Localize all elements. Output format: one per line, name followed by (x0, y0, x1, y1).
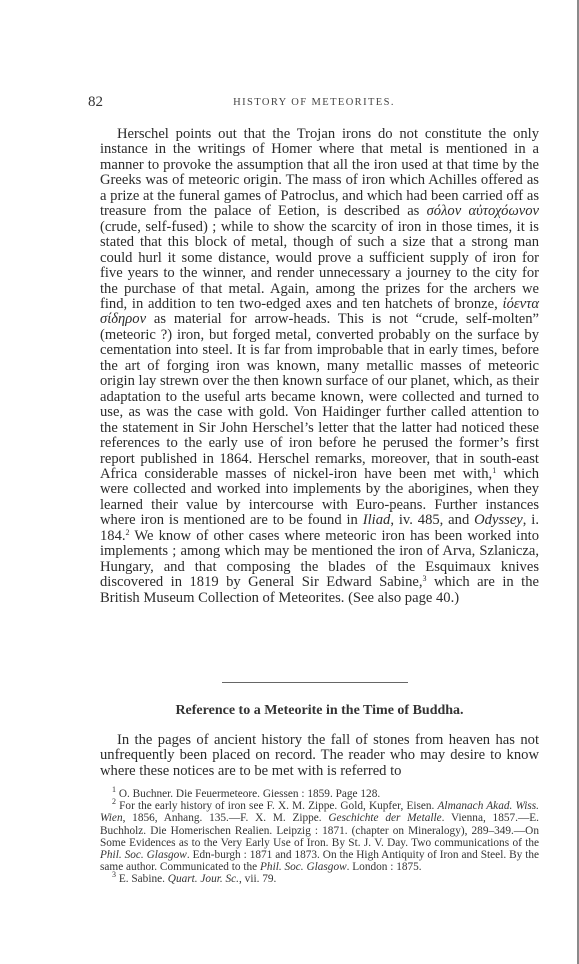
work-title-iliad: Iliad (363, 512, 391, 528)
running-head: 82 HISTORY OF METEORITES. (88, 94, 540, 112)
footnote-2: 2 For the early history of iron see F. X… (100, 800, 539, 873)
body-paragraph-ancient-history: In the pages of ancient history the fall… (100, 733, 539, 779)
footnote-text: , vii. 79. (239, 873, 276, 885)
text-run: , iv. 485, and (390, 512, 474, 528)
running-head-title: HISTORY OF METEORITES. (88, 97, 540, 108)
citation-title: Quart. Jour. Sc. (168, 873, 239, 885)
paragraph-text: Herschel points out that the Trojan iron… (100, 127, 539, 606)
footnote-marker: 2 (112, 797, 116, 806)
citation-title: Phil. Soc. Glasgow (100, 849, 187, 861)
footnote-3: 3 E. Sabine. Quart. Jour. Sc., vii. 79. (100, 873, 539, 885)
footnote-text: O. Buchner. Die Feuermeteore. Giessen : … (119, 788, 380, 800)
citation-title: Phil. Soc. Glasgow (260, 861, 347, 873)
work-title-odyssey: Odyssey (474, 512, 523, 528)
section-divider-rule (222, 682, 408, 683)
footnote-marker: 3 (112, 870, 116, 879)
footnotes: 1 O. Buchner. Die Feuermeteore. Giessen … (100, 788, 539, 886)
footnote-1: 1 O. Buchner. Die Feuermeteore. Giessen … (100, 788, 539, 800)
paragraph-text: In the pages of ancient history the fall… (100, 733, 539, 779)
section-heading: Reference to a Meteorite in the Time of … (100, 703, 539, 719)
footnote-text: For the early history of iron see F. X. … (119, 800, 437, 812)
greek-phrase: σόλον αὐτοχόωνον (427, 203, 539, 219)
text-run: (crude, self-fused) ; while to show the … (100, 219, 539, 312)
footnote-text: . London : 1875. (347, 861, 422, 873)
body-paragraph-herschel: Herschel points out that the Trojan iron… (100, 127, 539, 606)
footnote-marker: 1 (112, 785, 116, 794)
citation-title: Geschichte der Metalle (328, 812, 441, 824)
text-run: as material for arrow-heads. This is not… (100, 311, 539, 482)
footnote-text: , 1856, Anhang. 135.—F. X. M. Zippe. (123, 812, 329, 824)
footnote-text: E. Sabine. (119, 873, 168, 885)
